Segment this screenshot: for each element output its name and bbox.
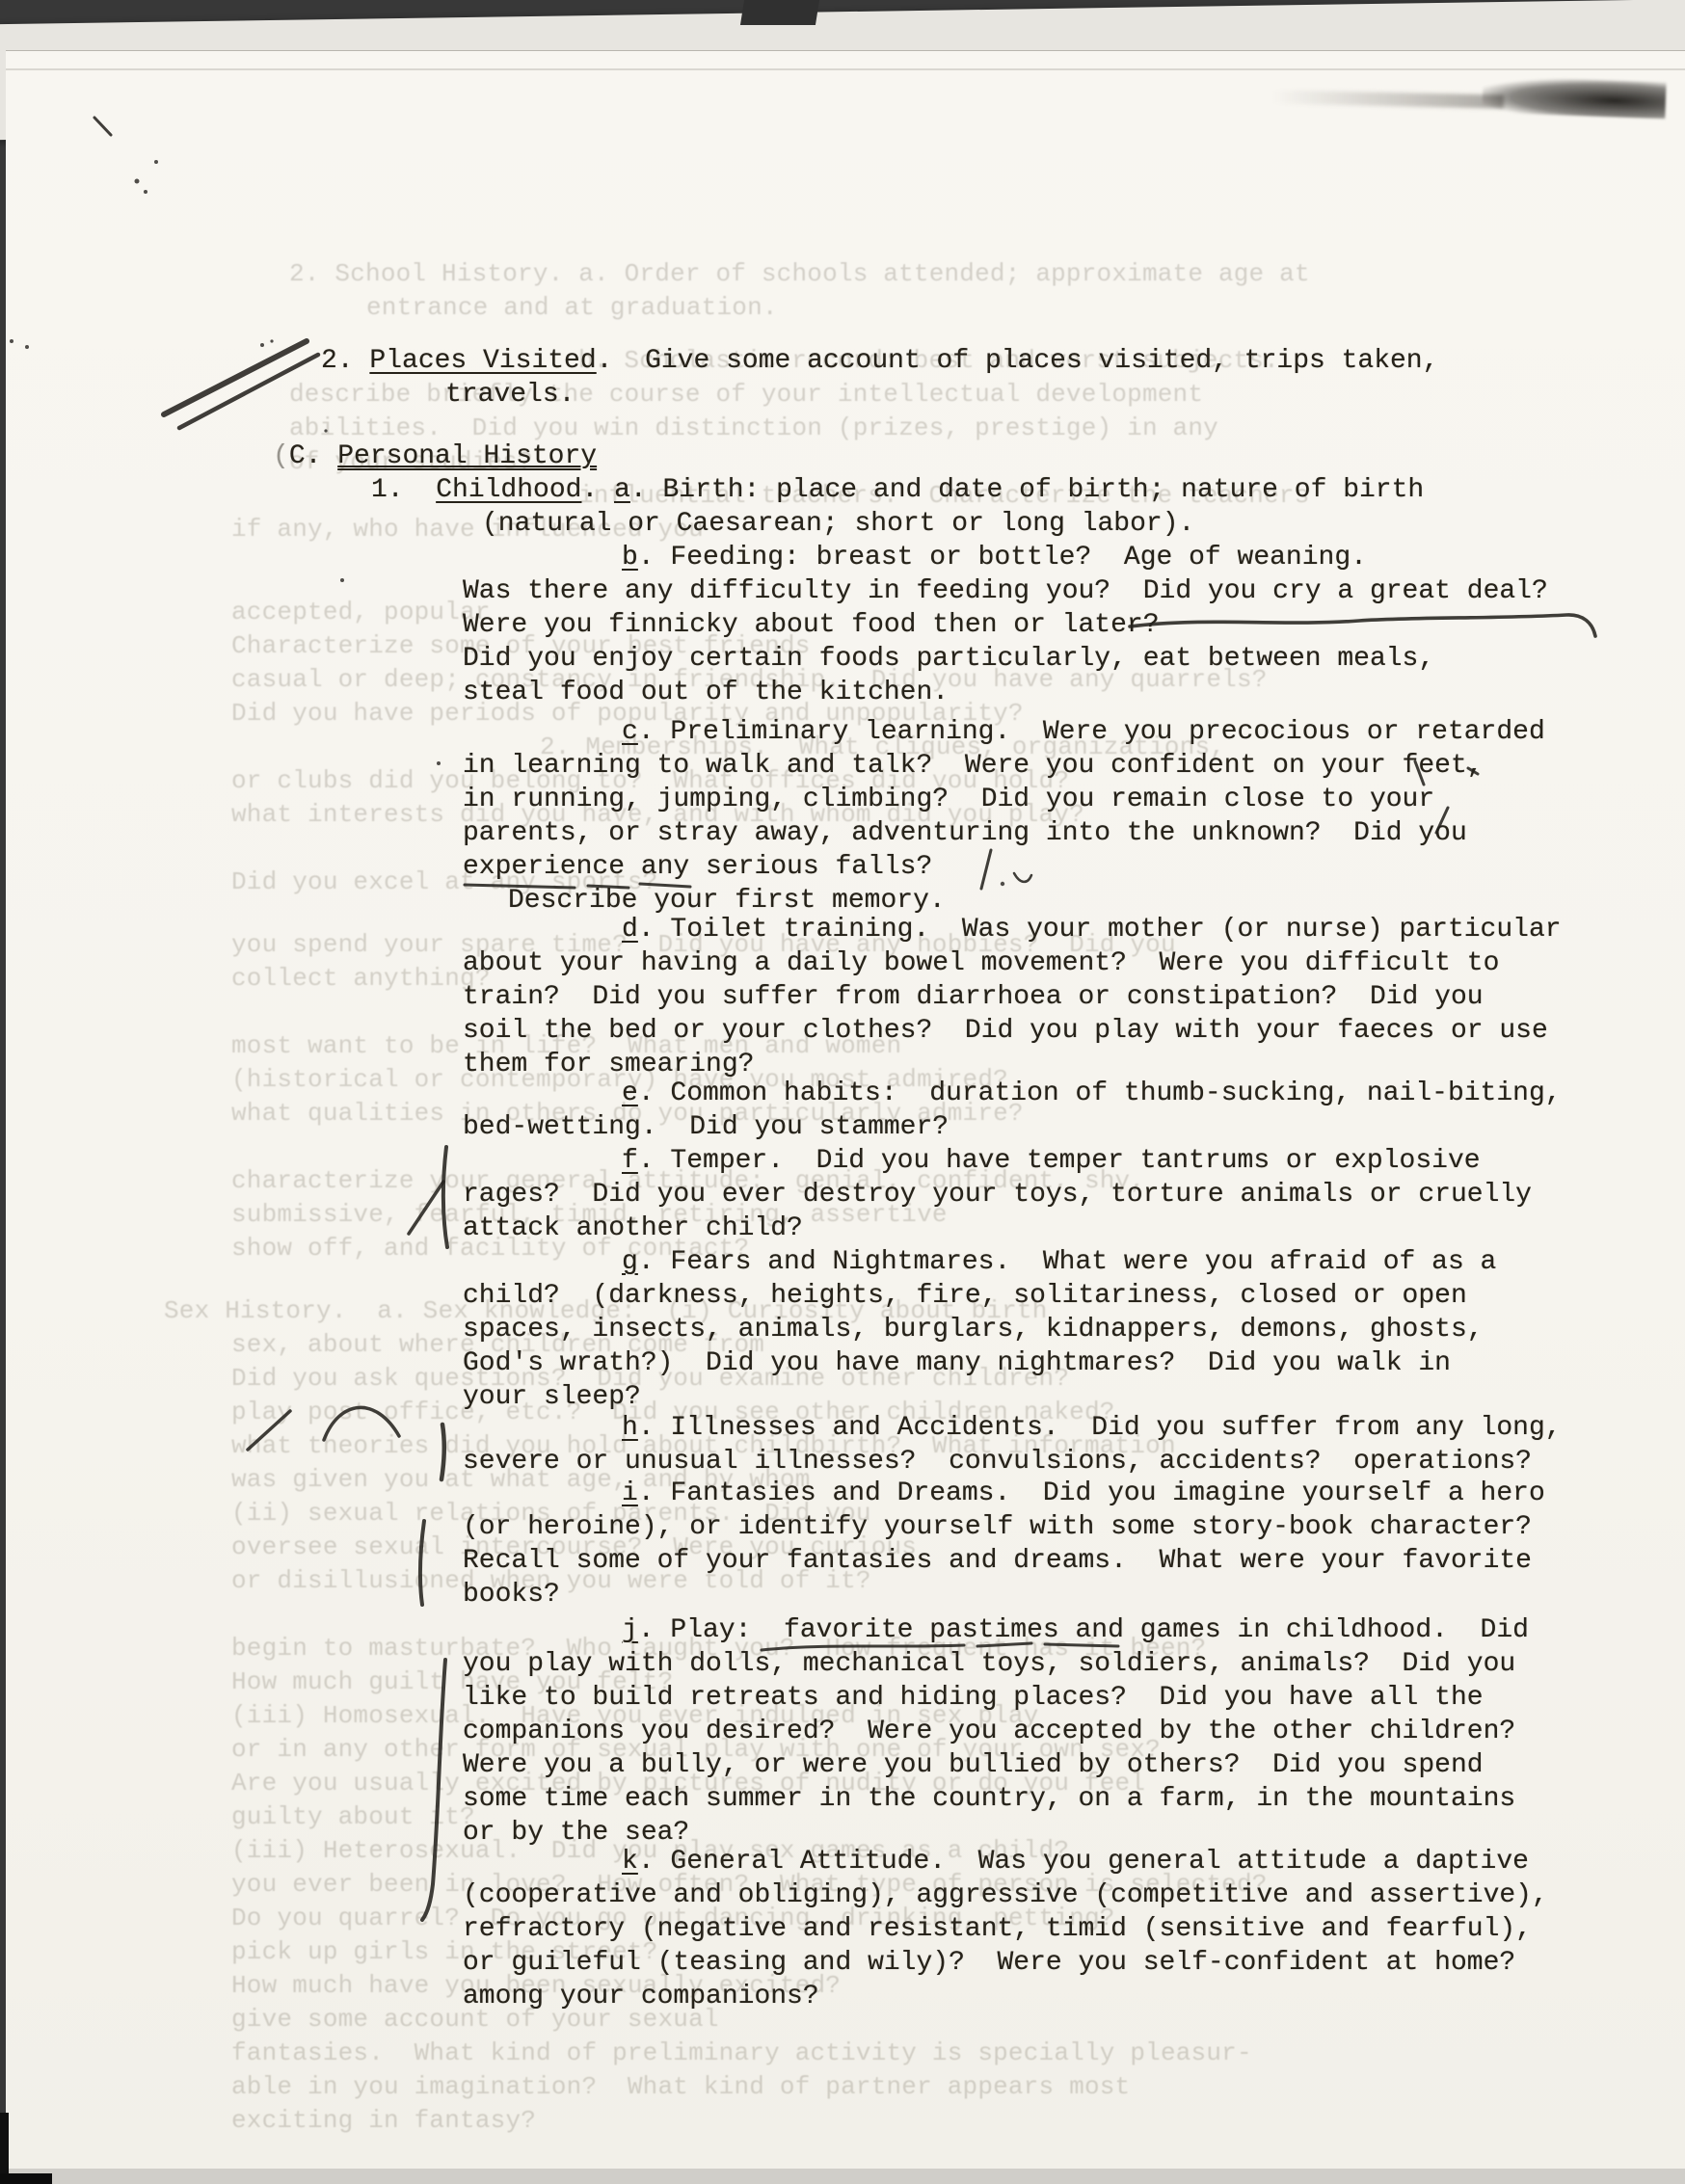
pen-dashed-underline-experience-any xyxy=(465,884,690,888)
pen-margin-line-illnesses xyxy=(441,1425,444,1479)
pen-margin-line-temper xyxy=(443,1147,447,1247)
stray-dot-5 xyxy=(340,578,344,582)
pen-margin-slash-illnesses xyxy=(248,1411,290,1450)
pen-double-slash-2 xyxy=(179,355,318,428)
stray-dot-2 xyxy=(25,345,29,349)
pen-underline-favorite-pastimes xyxy=(762,1643,1118,1650)
scan-edge-notch-2 xyxy=(0,2173,52,2184)
pen-tick-after-falls xyxy=(981,850,991,889)
stray-dot-6 xyxy=(437,761,441,765)
document-scan: 2. School History. a. Order of schools a… xyxy=(0,0,1685,2184)
ink-fleck-dot-3 xyxy=(144,190,147,194)
scanner-bed-bottom xyxy=(0,2169,1685,2184)
stray-dot-1 xyxy=(10,339,13,343)
pen-dot-after-falls xyxy=(1001,882,1004,886)
pen-margin-line-play xyxy=(422,1660,445,1920)
pen-annotation-layer xyxy=(0,0,1685,2184)
right-margin-tick-3 xyxy=(1468,768,1478,774)
pen-margin-slash-temper xyxy=(409,1182,443,1234)
ink-fleck-dot-1 xyxy=(135,179,140,184)
pen-double-slash-1 xyxy=(164,341,307,414)
pen-hook-after-falls xyxy=(1014,873,1031,882)
pen-underline-cry-great-deal xyxy=(1130,615,1595,636)
ink-fleck-dot-2 xyxy=(154,160,158,164)
stray-dot-7 xyxy=(324,429,327,432)
right-margin-tick-1 xyxy=(1415,761,1424,785)
stray-dot-3 xyxy=(260,343,264,347)
pen-margin-line-fantasies xyxy=(420,1521,424,1605)
pen-margin-arc-illnesses xyxy=(324,1407,399,1440)
ink-fleck-slash xyxy=(94,118,111,135)
right-margin-tick-2 xyxy=(1436,808,1448,833)
stray-dot-4 xyxy=(270,339,273,342)
